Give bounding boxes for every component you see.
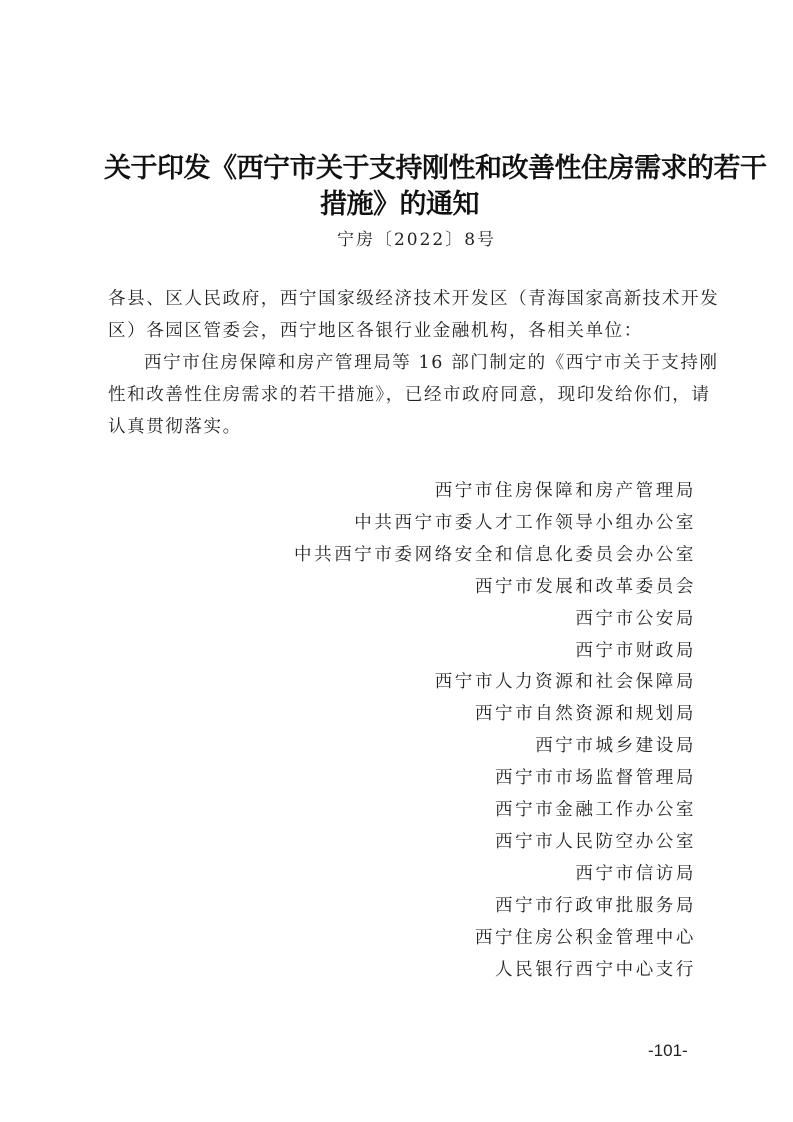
signatory: 西宁市城乡建设局: [294, 731, 696, 763]
signatory: 西宁市行政审批服务局: [294, 891, 696, 923]
signatory-list: 西宁市住房保障和房产管理局 中共西宁市委人才工作领导小组办公室 中共西宁市委网络…: [294, 476, 696, 987]
signatory: 西宁市市场监督管理局: [294, 763, 696, 795]
page-number: -101-: [648, 1041, 688, 1061]
document-page: 关于印发《西宁市关于支持刚性和改善性住房需求的若干 措施》的通知 宁房〔2022…: [0, 0, 793, 1122]
signatory: 人民银行西宁中心支行: [294, 955, 696, 987]
signatory: 西宁市发展和改革委员会: [294, 572, 696, 604]
addressee-block: 各县、区人民政府，西宁国家级经济技术开发区（青海国家高新技术开发 区）各园区管委…: [108, 283, 696, 347]
signatory: 西宁市公安局: [294, 604, 696, 636]
signatory: 西宁市自然资源和规划局: [294, 699, 696, 731]
body-paragraph: 西宁市住房保障和房产管理局等 16 部门制定的《西宁市关于支持刚 性和改善性住房…: [108, 347, 696, 443]
addressee-line: 区）各园区管委会，西宁地区各银行业金融机构，各相关单位：: [108, 315, 696, 347]
signatory: 西宁市信访局: [294, 859, 696, 891]
paragraph-line: 西宁市住房保障和房产管理局等 16 部门制定的《西宁市关于支持刚: [108, 347, 696, 379]
addressee-line: 各县、区人民政府，西宁国家级经济技术开发区（青海国家高新技术开发: [108, 283, 696, 315]
signatory: 西宁市财政局: [294, 636, 696, 668]
paragraph-line: 认真贯彻落实。: [108, 411, 696, 443]
signatory: 西宁市人力资源和社会保障局: [294, 667, 696, 699]
signatory: 西宁市金融工作办公室: [294, 795, 696, 827]
document-title-line-1: 关于印发《西宁市关于支持刚性和改善性住房需求的若干: [104, 146, 704, 185]
paragraph-line: 性和改善性住房需求的若干措施》，已经市政府同意，现印发给你们，请: [108, 379, 696, 411]
signatory: 中共西宁市委网络安全和信息化委员会办公室: [294, 540, 696, 572]
document-number: 宁房〔2022〕8号: [0, 225, 793, 250]
signatory: 西宁市人民防空办公室: [294, 827, 696, 859]
signatory: 西宁住房公积金管理中心: [294, 923, 696, 955]
signatory: 中共西宁市委人才工作领导小组办公室: [294, 508, 696, 540]
signatory: 西宁市住房保障和房产管理局: [294, 476, 696, 508]
document-title-line-2: 措施》的通知: [0, 182, 793, 221]
